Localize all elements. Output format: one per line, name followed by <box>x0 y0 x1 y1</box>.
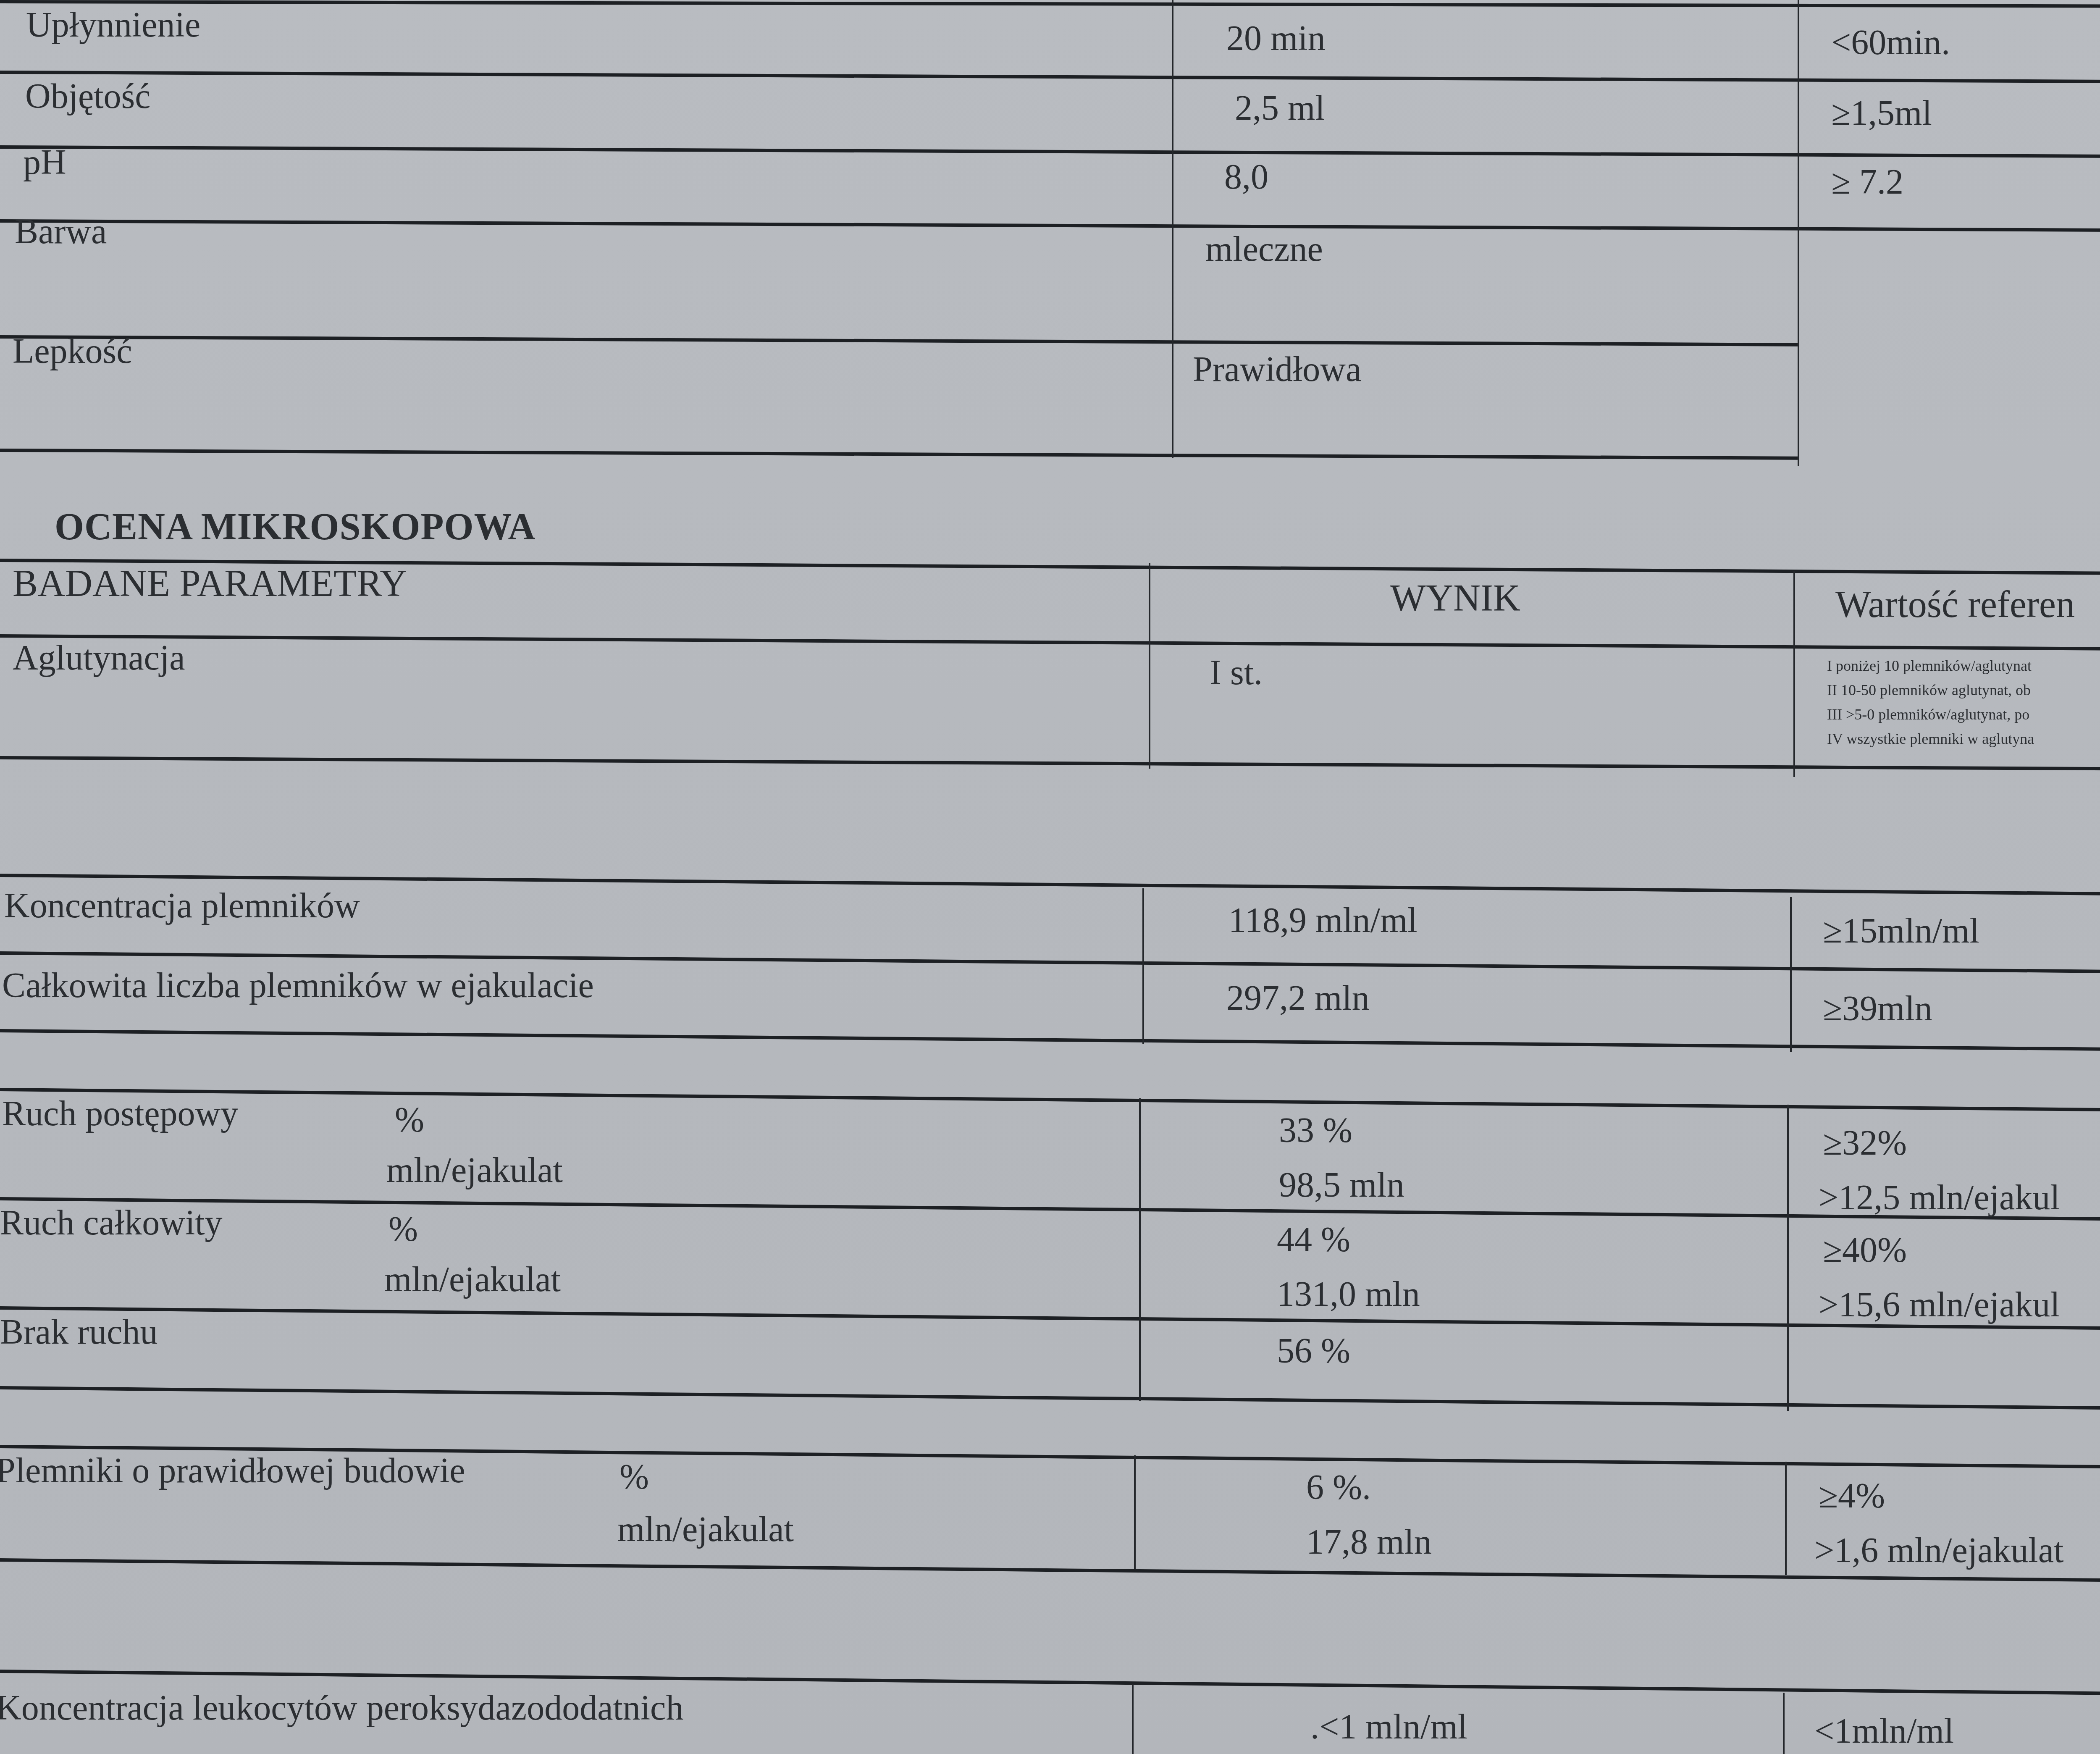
table-rule <box>0 145 2100 158</box>
param-label: Aglutynacja <box>13 641 185 676</box>
table-rule <box>0 1306 2100 1330</box>
table-rule <box>0 449 1798 460</box>
param-label: Ruch postępowy <box>2 1096 238 1132</box>
column-divider <box>1142 888 1144 1044</box>
column-header-reference: Wartość referen <box>1835 586 2075 624</box>
param-label: Ruch całkowity <box>0 1205 223 1241</box>
column-divider <box>1793 571 1795 777</box>
reference-value: ≥15mln/ml <box>1823 914 1979 949</box>
reference-value: >15,6 mln/ejakul <box>1819 1287 2060 1323</box>
unit-label: % <box>619 1460 649 1495</box>
column-divider <box>1798 0 1799 466</box>
result-value: 98,5 mln <box>1279 1168 1404 1203</box>
agglutination-grade-2: II 10-50 plemników aglutynat, ob <box>1827 680 2031 700</box>
param-label: Brak ruchu <box>0 1315 158 1350</box>
table-rule <box>0 634 2100 651</box>
result-value: 17,8 mln <box>1306 1525 1432 1560</box>
table-rule <box>0 1197 2100 1221</box>
param-label: Całkowita liczba plemników w ejakulacie <box>2 968 594 1003</box>
reference-value: ≥4% <box>1819 1478 1885 1514</box>
table-rule <box>0 1029 2100 1051</box>
reference-value: >1,6 mln/ejakulat <box>1814 1533 2063 1568</box>
result-value: 2,5 ml <box>1235 91 1325 126</box>
reference-value: ≥40% <box>1823 1233 1907 1268</box>
result-value: 44 % <box>1277 1222 1350 1258</box>
column-divider <box>1785 1462 1787 1575</box>
param-label: Upłynnienie <box>26 8 200 43</box>
reference-value: ≥39mln <box>1823 991 1932 1027</box>
column-divider <box>1132 1684 1134 1754</box>
reference-value: <60min. <box>1831 25 1950 60</box>
result-value: 131,0 mln <box>1277 1277 1420 1312</box>
param-label: Koncentracja leukocytów peroksydazododat… <box>0 1691 683 1726</box>
column-header-result: WYNIK <box>1390 580 1520 617</box>
result-value: 6 %. <box>1306 1470 1371 1505</box>
section-title: OCENA MIKROSKOPOWA <box>55 508 536 546</box>
result-value: 56 % <box>1277 1334 1350 1369</box>
result-value: 20 min <box>1226 21 1326 56</box>
lab-report-page: Upłynnienie 20 min <60min. Objętość 2,5 … <box>0 0 2100 1754</box>
column-divider <box>1787 1105 1789 1411</box>
table-rule <box>0 1386 2100 1410</box>
result-value: Prawidłowa <box>1193 352 1361 387</box>
column-divider <box>1790 897 1792 1052</box>
column-header-parameter: BADANE PARAMETRY <box>13 565 407 603</box>
unit-label: mln/ejakulat <box>386 1153 563 1188</box>
reference-value: >12,5 mln/ejakul <box>1819 1180 2060 1216</box>
column-divider <box>1139 1098 1141 1401</box>
unit-label: % <box>388 1212 418 1247</box>
reference-value: <1mln/ml <box>1814 1714 1954 1749</box>
reference-value: ≥1,5ml <box>1831 96 1932 131</box>
result-value: mleczne <box>1205 232 1323 267</box>
param-label: Objętość <box>25 79 151 114</box>
result-value: I st. <box>1210 655 1263 691</box>
agglutination-grade-4: IV wszystkie plemniki w aglutyna <box>1827 729 2034 749</box>
column-divider <box>1149 563 1150 769</box>
column-divider <box>1134 1455 1136 1569</box>
result-value: 33 % <box>1279 1113 1352 1148</box>
agglutination-grade-3: III >5-0 plemników/aglutynat, po <box>1827 705 2029 725</box>
param-label: Lepkość <box>13 334 132 369</box>
table-rule <box>0 0 2100 8</box>
reference-value: ≥ 7.2 <box>1831 165 1903 200</box>
unit-label: mln/ejakulat <box>384 1262 561 1297</box>
unit-label: mln/ejakulat <box>617 1512 794 1547</box>
param-label: Koncentracja plemników <box>4 888 360 924</box>
table-rule <box>0 756 2100 770</box>
agglutination-grade-1: I poniżej 10 plemników/aglutynat <box>1827 656 2032 676</box>
table-rule <box>0 71 2100 83</box>
param-label: Plemniki o prawidłowej budowie <box>0 1453 465 1489</box>
reference-value: ≥32% <box>1823 1126 1907 1161</box>
unit-label: % <box>395 1103 424 1138</box>
table-rule <box>0 219 2100 232</box>
result-value: .<1 mln/ml <box>1310 1709 1467 1745</box>
result-value: 8,0 <box>1224 160 1268 195</box>
param-label: pH <box>23 145 66 180</box>
table-rule <box>0 1088 2100 1111</box>
param-label: Barwa <box>15 214 107 249</box>
column-divider <box>1172 0 1173 458</box>
table-rule <box>0 335 1798 347</box>
result-value: 118,9 mln/ml <box>1228 903 1417 938</box>
column-divider <box>1783 1693 1785 1754</box>
result-value: 297,2 mln <box>1226 981 1370 1016</box>
